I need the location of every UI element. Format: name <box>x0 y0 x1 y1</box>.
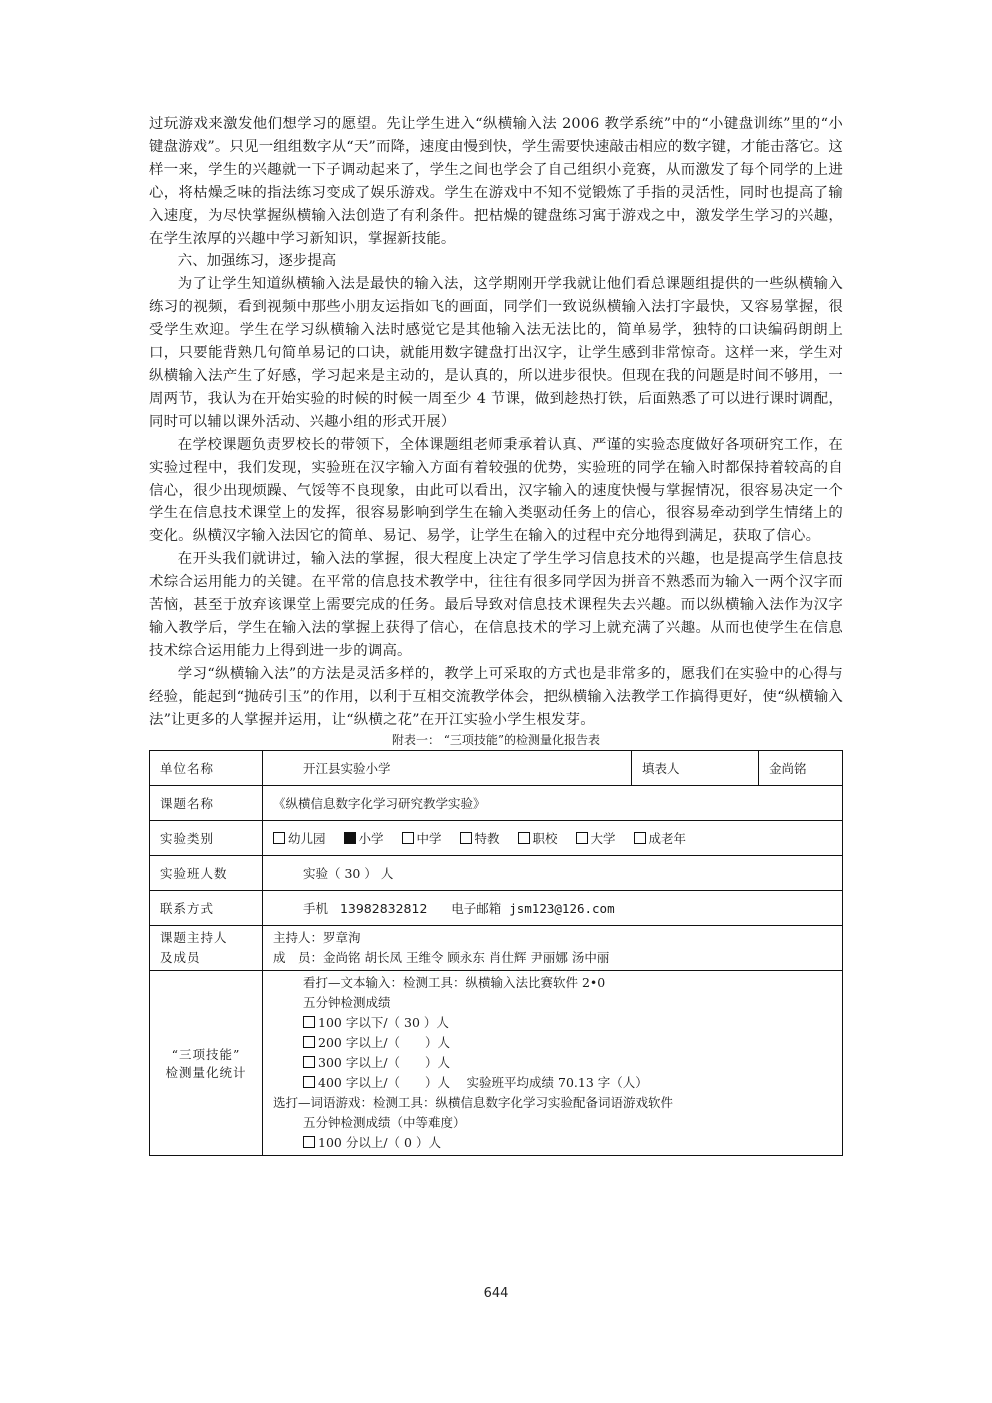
checkbox-icon <box>402 832 414 844</box>
filler-value: 金尚铭 <box>759 751 843 786</box>
class-size-value: 实验（ 30 ） 人 <box>263 856 843 891</box>
checkbox-icon <box>303 1056 315 1068</box>
score-over-200: 200 字以上/（ ）人 <box>273 1033 832 1053</box>
unit-label: 单位名称 <box>150 751 263 786</box>
checkbox-icon <box>576 832 588 844</box>
checkbox-icon <box>273 832 285 844</box>
contact-value: 手机 13982832812 电子邮箱 jsm123@126.com <box>263 891 843 926</box>
host-line: 主持人：罗章洵 <box>273 928 832 948</box>
stats-value: 看打—文本输入：检测工具：纵横输入法比赛软件 2•0 五分钟检测成绩 100 字… <box>263 971 843 1156</box>
category-option-kindergarten[interactable]: 幼儿园 <box>273 831 326 846</box>
category-option-primary[interactable]: 小学 <box>344 831 384 846</box>
word-game-tool: 选打—词语游戏：检测工具：纵横信息数字化学习实验配备词语游戏软件 <box>273 1093 832 1113</box>
checkbox-icon <box>634 832 646 844</box>
score-under-100: 100 字以下/（ 30 ）人 <box>273 1013 832 1033</box>
word-game-title: 五分钟检测成绩（中等难度） <box>273 1113 832 1133</box>
word-score-over-100: 100 分以上/（ 0 ）人 <box>273 1133 832 1153</box>
topic-value: 《纵横信息数字化学习研究教学实验》 <box>263 786 843 821</box>
members-line: 成 员：金尚铭 胡长凤 王维令 顾永东 肖仕辉 尹丽娜 汤中丽 <box>273 948 832 968</box>
page-number: 644 <box>0 1286 992 1301</box>
category-option-adult[interactable]: 成老年 <box>634 831 687 846</box>
category-option-middle[interactable]: 中学 <box>402 831 442 846</box>
category-option-university[interactable]: 大学 <box>576 831 616 846</box>
category-options: 幼儿园 小学 中学 特教 职校 大学 成老年 <box>263 821 843 856</box>
checkbox-icon <box>303 1016 315 1028</box>
category-option-vocational[interactable]: 职校 <box>518 831 558 846</box>
table-row-topic: 课题名称 《纵横信息数字化学习研究教学实验》 <box>150 786 843 821</box>
category-label: 实验类别 <box>150 821 263 856</box>
members-label: 课题主持人 及成员 <box>150 926 263 971</box>
table-row-contact: 联系方式 手机 13982832812 电子邮箱 jsm123@126.com <box>150 891 843 926</box>
checkbox-icon <box>303 1136 315 1148</box>
filler-label: 填表人 <box>632 751 759 786</box>
paragraph-key-role: 在开头我们就讲过，输入法的掌握，很大程度上决定了学生学习信息技术的兴趣，也是提高… <box>149 548 843 663</box>
typing-test-tool: 看打—文本输入：检测工具：纵横输入法比赛软件 2•0 <box>273 973 832 993</box>
class-size-label: 实验班人数 <box>150 856 263 891</box>
topic-label: 课题名称 <box>150 786 263 821</box>
members-value: 主持人：罗章洵 成 员：金尚铭 胡长凤 王维令 顾永东 肖仕辉 尹丽娜 汤中丽 <box>263 926 843 971</box>
contact-label: 联系方式 <box>150 891 263 926</box>
table-row-category: 实验类别 幼儿园 小学 中学 特教 职校 大学 成老年 <box>150 821 843 856</box>
table-row-class-size: 实验班人数 实验（ 30 ） 人 <box>150 856 843 891</box>
table-row-stats: “三项技能” 检测量化统计 看打—文本输入：检测工具：纵横输入法比赛软件 2•0… <box>150 971 843 1156</box>
stats-label: “三项技能” 检测量化统计 <box>150 971 263 1156</box>
score-over-400: 400 字以上/（ ）人 实验班平均成绩 70.13 字（人） <box>273 1073 832 1093</box>
phone-label: 手机 <box>303 901 328 916</box>
checkbox-icon <box>303 1036 315 1048</box>
typing-test-title: 五分钟检测成绩 <box>273 993 832 1013</box>
document-page: 过玩游戏来激发他们想学习的愿望。先让学生进入“纵横输入法 2006 教学系统”中… <box>149 113 843 1156</box>
unit-value: 开江县实验小学 <box>263 751 632 786</box>
paragraph-game-learning: 过玩游戏来激发他们想学习的愿望。先让学生进入“纵横输入法 2006 教学系统”中… <box>149 113 843 250</box>
checkbox-checked-icon <box>344 832 356 844</box>
table-caption: 附表一： “三项技能”的检测量化报告表 <box>149 732 843 748</box>
table-row-unit: 单位名称 开江县实验小学 填表人 金尚铭 <box>150 751 843 786</box>
checkbox-icon <box>518 832 530 844</box>
email-label: 电子邮箱 <box>451 901 501 916</box>
table-row-members: 课题主持人 及成员 主持人：罗章洵 成 员：金尚铭 胡长凤 王维令 顾永东 肖仕… <box>150 926 843 971</box>
checkbox-icon <box>303 1076 315 1088</box>
email-value: jsm123@126.com <box>509 901 614 916</box>
section-heading-6: 六、加强练习，逐步提高 <box>149 250 843 273</box>
paragraph-research: 在学校课题负责罗校长的带领下，全体课题组老师秉承着认真、严谨的实验态度做好各项研… <box>149 434 843 549</box>
phone-value: 13982832812 <box>340 901 427 916</box>
skills-report-table: 单位名称 开江县实验小学 填表人 金尚铭 课题名称 《纵横信息数字化学习研究教学… <box>149 750 843 1156</box>
paragraph-practice: 为了让学生知道纵横输入法是最快的输入法，这学期刚开学我就让他们看总课题组提供的一… <box>149 273 843 433</box>
checkbox-icon <box>460 832 472 844</box>
category-option-special[interactable]: 特教 <box>460 831 500 846</box>
score-over-300: 300 字以上/（ ）人 <box>273 1053 832 1073</box>
paragraph-conclusion: 学习“纵横输入法”的方法是灵活多样的，教学上可采取的方式也是非常多的，愿我们在实… <box>149 663 843 732</box>
